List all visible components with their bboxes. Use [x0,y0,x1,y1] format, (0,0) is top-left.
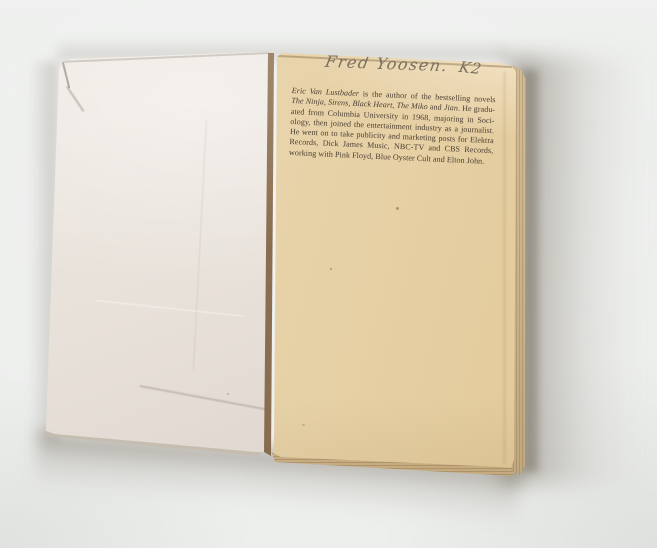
fore-edge-crease [503,72,506,464]
corner-tear-crease [62,63,70,89]
foxing-spot [396,207,399,210]
paper-speck [227,393,229,395]
crease-line [193,120,207,370]
foxing-spot [302,424,305,426]
photo-open-book: Fred Yoosen. K2 Eric Van Lustbader is th… [0,0,657,548]
corner-tear-crease [66,86,84,112]
crease-line [140,385,268,410]
bio-segment: and [428,102,444,112]
bio-segment-italic: Jian [444,103,459,113]
crease-line [95,300,244,317]
bio-lines: Eric Van Lustbader is the author of the … [289,86,496,167]
author-bio-text: Eric Van Lustbader is the author of the … [289,86,496,167]
foxing-spot [330,268,332,270]
bio-segment: . He gradu- [458,104,496,115]
